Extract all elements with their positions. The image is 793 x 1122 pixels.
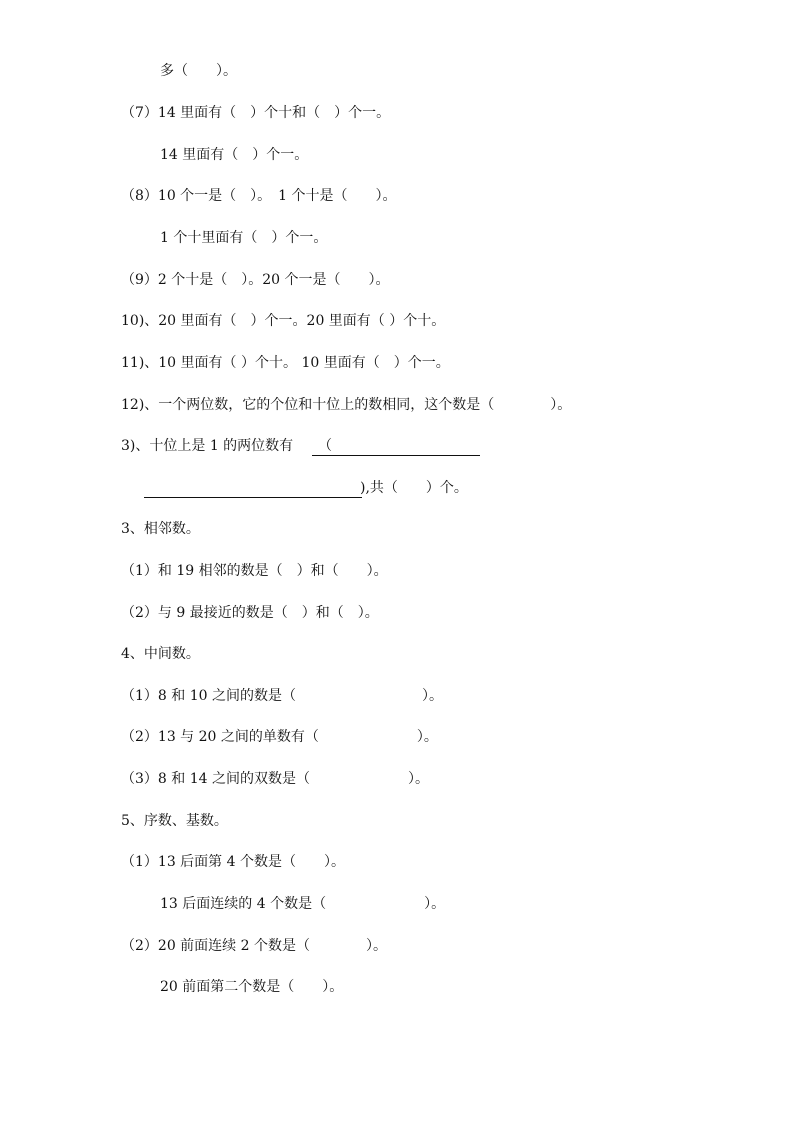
question-10: 10)、20 里面有（ ）个一。20 里面有（ ）个十。 [121, 312, 445, 330]
section-4-question-3: （3）8 和 14 之间的双数是（ ）。 [121, 770, 429, 788]
section-3-question-2: （2）与 9 最接近的数是（ ）和（ ）。 [121, 604, 379, 622]
answer-blank-line [144, 483, 362, 498]
answer-blank-line [312, 441, 480, 456]
question-7b: 14 里面有（ ）个一。 [160, 146, 308, 164]
section-4-question-1: （1）8 和 10 之间的数是（ ）。 [121, 687, 443, 705]
question-8b: 1 个十里面有（ ）个一。 [160, 229, 327, 247]
question-8a: （8）10 个一是（ ）。 1 个十是（ ）。 [121, 187, 397, 205]
section-5-question-2b: 20 前面第二个数是（ ）。 [160, 978, 343, 996]
question-12: 12)、一个两位数，它的个位和十位上的数相同，这个数是（ ）。 [121, 396, 571, 414]
question-11: 11)、10 里面有（ ）个十。 10 里面有（ ）个一。 [121, 354, 450, 372]
question-continuation: 多（ ）。 [160, 62, 237, 80]
section-5-heading: 5、序数、基数。 [121, 812, 228, 830]
question-7a: （7）14 里面有（ ）个十和（ ）个一。 [121, 104, 390, 122]
section-4-question-2: （2）13 与 20 之间的单数有（ ）。 [121, 728, 438, 746]
section-4-heading: 4、中间数。 [121, 645, 200, 663]
section-5-question-2a: （2）20 前面连续 2 个数是（ ）。 [121, 937, 387, 955]
question-9: （9）2 个十是（ ）。20 个一是（ ）。 [121, 271, 390, 289]
section-3-question-1: （1）和 19 相邻的数是（ ）和（ ）。 [121, 562, 388, 580]
section-5-question-1a: （1）13 后面第 4 个数是（ ）。 [121, 853, 345, 871]
section-3-heading: 3、相邻数。 [121, 520, 200, 538]
question-13-prefix: 3)、十位上是 1 的两位数有 [121, 437, 293, 455]
question-13-suffix: ),共（ ）个。 [360, 479, 468, 497]
section-5-question-1b: 13 后面连续的 4 个数是（ ）。 [160, 895, 445, 913]
